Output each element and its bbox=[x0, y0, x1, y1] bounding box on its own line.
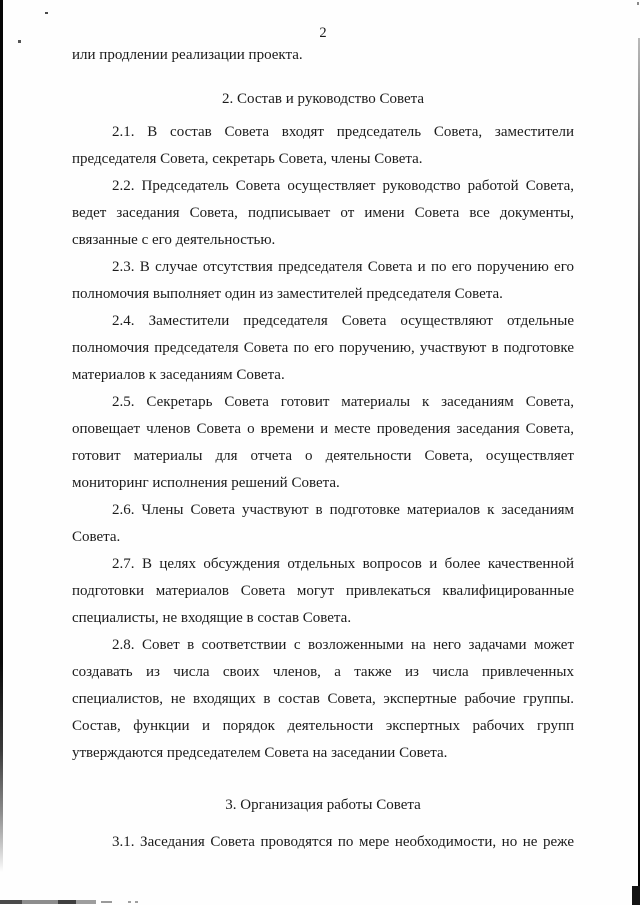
text-line: утверждаются председателем Совета на зас… bbox=[72, 740, 574, 767]
paragraph-2-4: 2.4. Заместители председателя Совета осу… bbox=[72, 308, 574, 389]
scan-artifact-dash bbox=[101, 901, 112, 903]
text-line: 2.6. Члены Совета участвуют в подготовке… bbox=[72, 497, 574, 524]
text-line: подготовки материалов Совета могут привл… bbox=[72, 578, 574, 605]
text-line: 2.1. В состав Совета входят председатель… bbox=[72, 119, 574, 146]
text-line: полномочия председателя Совета по его по… bbox=[72, 335, 574, 362]
paragraph-2-7: 2.7. В целях обсуждения отдельных вопрос… bbox=[72, 551, 574, 632]
text-line: 2.4. Заместители председателя Совета осу… bbox=[72, 308, 574, 335]
scan-artifact-speck bbox=[18, 40, 21, 43]
scan-artifact-speck bbox=[637, 2, 639, 5]
text-line: специалисты, не входящие в состав Совета… bbox=[72, 605, 574, 632]
paragraph-2-1: 2.1. В состав Совета входят председатель… bbox=[72, 119, 574, 173]
text-line: мониторинг исполнения решений Совета. bbox=[72, 470, 574, 497]
text-line: 2.5. Секретарь Совета готовит материалы … bbox=[72, 389, 574, 416]
scan-artifact-speck bbox=[45, 12, 48, 14]
paragraph-2-6: 2.6. Члены Совета участвуют в подготовке… bbox=[72, 497, 574, 551]
text-line: 3.1. Заседания Совета проводятся по мере… bbox=[72, 829, 574, 856]
text-line: 2.2. Председатель Совета осуществляет ру… bbox=[72, 173, 574, 200]
text-line: 2.7. В целях обсуждения отдельных вопрос… bbox=[72, 551, 574, 578]
paragraph-intro-continuation: или продлении реализации проекта. bbox=[72, 42, 574, 69]
text-line: Совета. bbox=[72, 524, 574, 551]
section-3-heading: 3. Организация работы Совета bbox=[72, 792, 574, 819]
page-number: 2 bbox=[72, 24, 574, 42]
scan-artifact-bottom-right-corner bbox=[632, 886, 640, 905]
section-2-heading: 2. Состав и руководство Совета bbox=[72, 86, 574, 113]
text-line: председателя Совета, секретарь Совета, ч… bbox=[72, 146, 574, 173]
text-line: 2.3. В случае отсутствия председателя Со… bbox=[72, 254, 574, 281]
scan-artifact-dot bbox=[135, 901, 138, 903]
paragraph-3-1: 3.1. Заседания Совета проводятся по мере… bbox=[72, 829, 574, 856]
text-line: или продлении реализации проекта. bbox=[72, 42, 574, 69]
text-line: оповещает членов Совета о времени и мест… bbox=[72, 416, 574, 443]
text-line: Состав, функции и порядок деятельности э… bbox=[72, 713, 574, 740]
text-line: полномочия выполняет один из заместителе… bbox=[72, 281, 574, 308]
scan-artifact-left-edge bbox=[0, 0, 3, 872]
text-line: материалов к заседаниям Совета. bbox=[72, 362, 574, 389]
paragraph-2-3: 2.3. В случае отсутствия председателя Со… bbox=[72, 254, 574, 308]
text-line: 2.8. Совет в соответствии с возложенными… bbox=[72, 632, 574, 659]
paragraph-2-5: 2.5. Секретарь Совета готовит материалы … bbox=[72, 389, 574, 497]
paragraph-2-8: 2.8. Совет в соответствии с возложенными… bbox=[72, 632, 574, 767]
document-page: 2 или продлении реализации проекта. 2. С… bbox=[0, 0, 640, 905]
text-line: создавать из числа своих членов, а также… bbox=[72, 659, 574, 686]
scan-artifact-dot bbox=[128, 901, 131, 903]
text-block: 2 или продлении реализации проекта. 2. С… bbox=[72, 0, 574, 856]
text-line: ведет заседания Совета, подписывает от и… bbox=[72, 200, 574, 227]
paragraph-2-2: 2.2. Председатель Совета осуществляет ру… bbox=[72, 173, 574, 254]
text-line: связанные с его деятельностью. bbox=[72, 227, 574, 254]
text-line: специалистов, не входящих в состав Совет… bbox=[72, 686, 574, 713]
text-line: готовит материалы для отчета о деятельно… bbox=[72, 443, 574, 470]
scan-artifact-bottom-streak bbox=[0, 900, 96, 904]
